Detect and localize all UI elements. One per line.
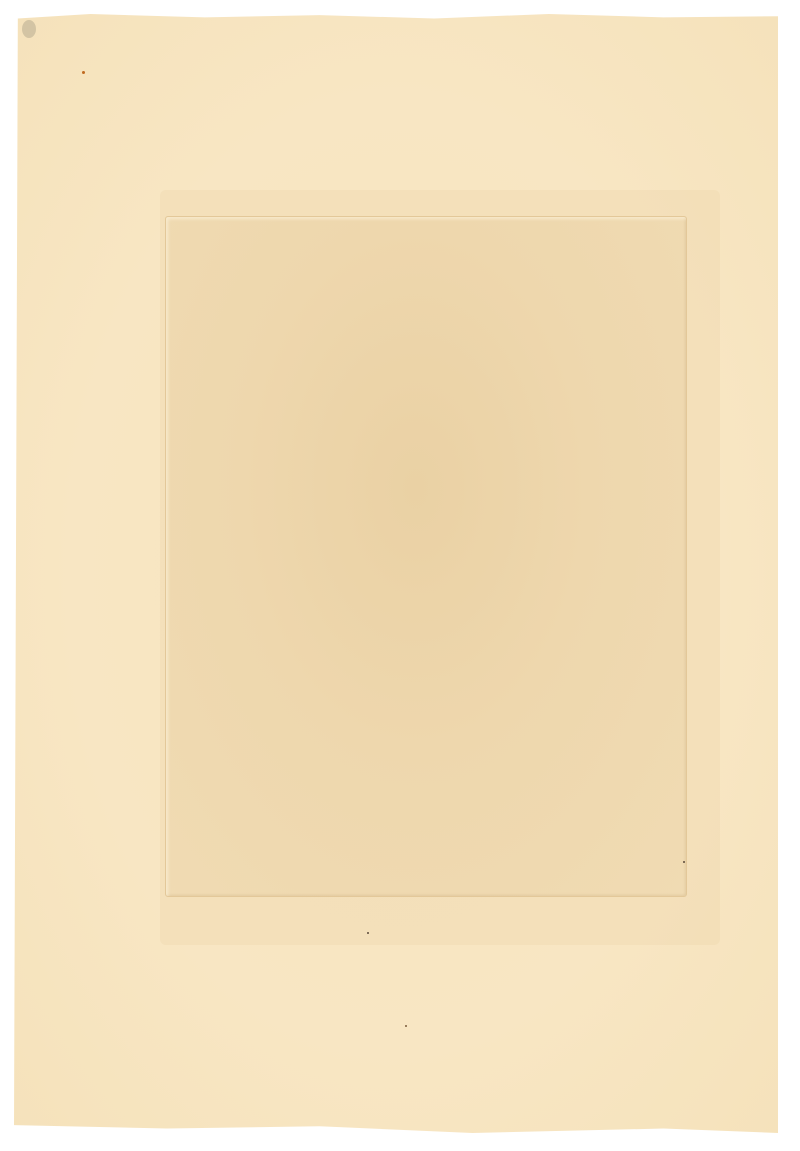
corner-smudge (22, 20, 36, 38)
speck (82, 71, 85, 74)
speck (683, 861, 685, 863)
speck (405, 1025, 407, 1027)
speck (367, 932, 369, 934)
plate-mark (165, 216, 687, 897)
